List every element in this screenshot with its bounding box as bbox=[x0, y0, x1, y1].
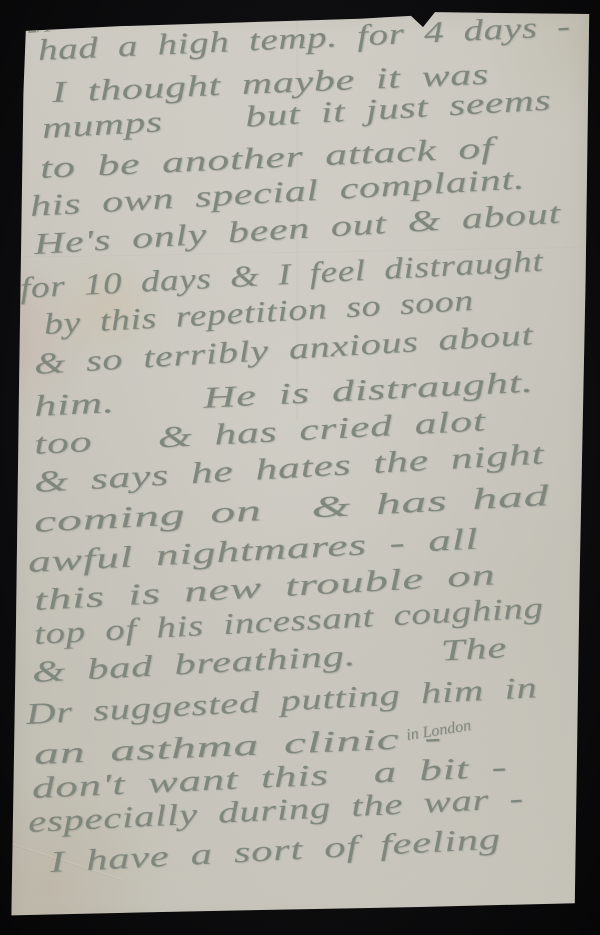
letter-page: 2/1 had a high temp. for 4 days -I thoug… bbox=[0, 0, 600, 935]
photo-backdrop: 2/1 had a high temp. for 4 days -I thoug… bbox=[0, 0, 600, 935]
handwriting-line: had a high temp. for 4 days - bbox=[37, 10, 571, 68]
